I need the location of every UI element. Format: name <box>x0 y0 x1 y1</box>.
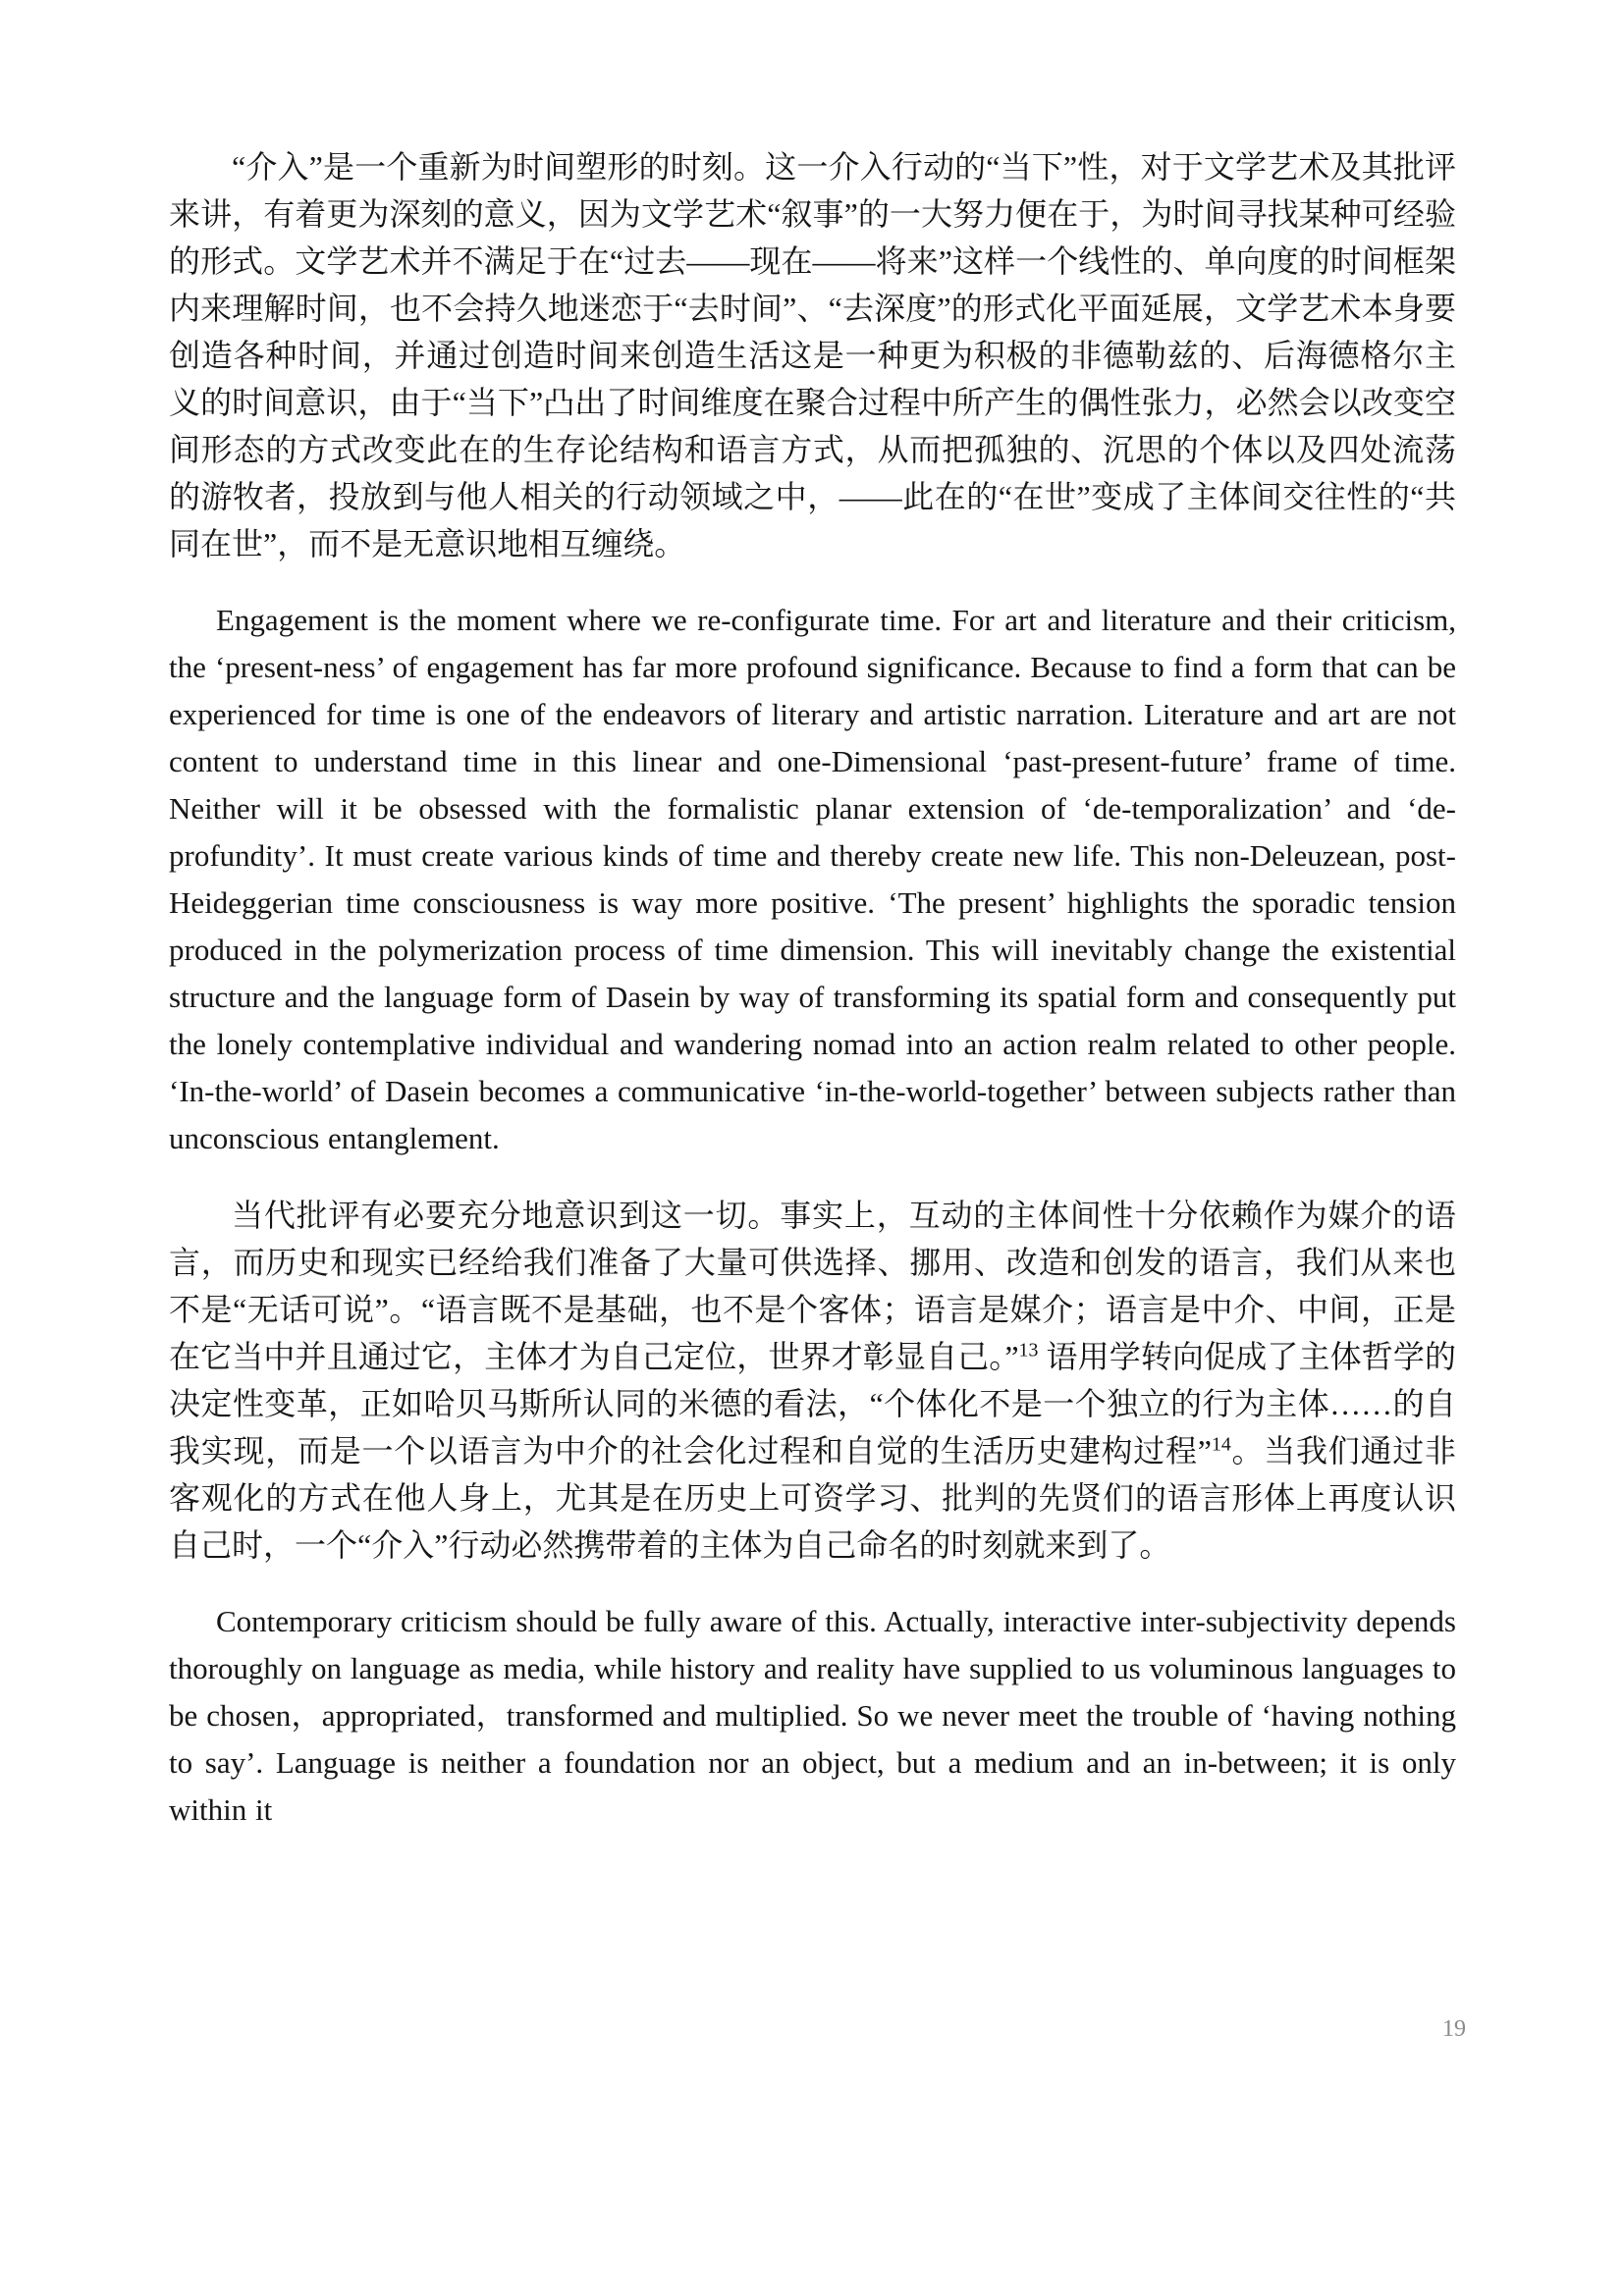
footnote-reference: 13 <box>1019 1339 1039 1361</box>
footnote-reference: 14 <box>1212 1433 1231 1455</box>
paragraph-zh-2: 当代批评有必要充分地意识到这一切。事实上，互动的主体间性十分依赖作为媒介的语言，… <box>169 1192 1456 1569</box>
paragraph-en-1: Engagement is the moment where we re-con… <box>169 597 1456 1162</box>
document-page: “介入”是一个重新为时间塑形的时刻。这一介入行动的“当下”性，对于文学艺术及其批… <box>0 0 1624 2296</box>
paragraph-zh-0: “介入”是一个重新为时间塑形的时刻。这一介入行动的“当下”性，对于文学艺术及其批… <box>169 143 1456 567</box>
page-number: 19 <box>1442 2014 1466 2044</box>
document-body: “介入”是一个重新为时间塑形的时刻。这一介入行动的“当下”性，对于文学艺术及其批… <box>169 143 1456 1834</box>
paragraph-en-3: Contemporary criticism should be fully a… <box>169 1598 1456 1834</box>
